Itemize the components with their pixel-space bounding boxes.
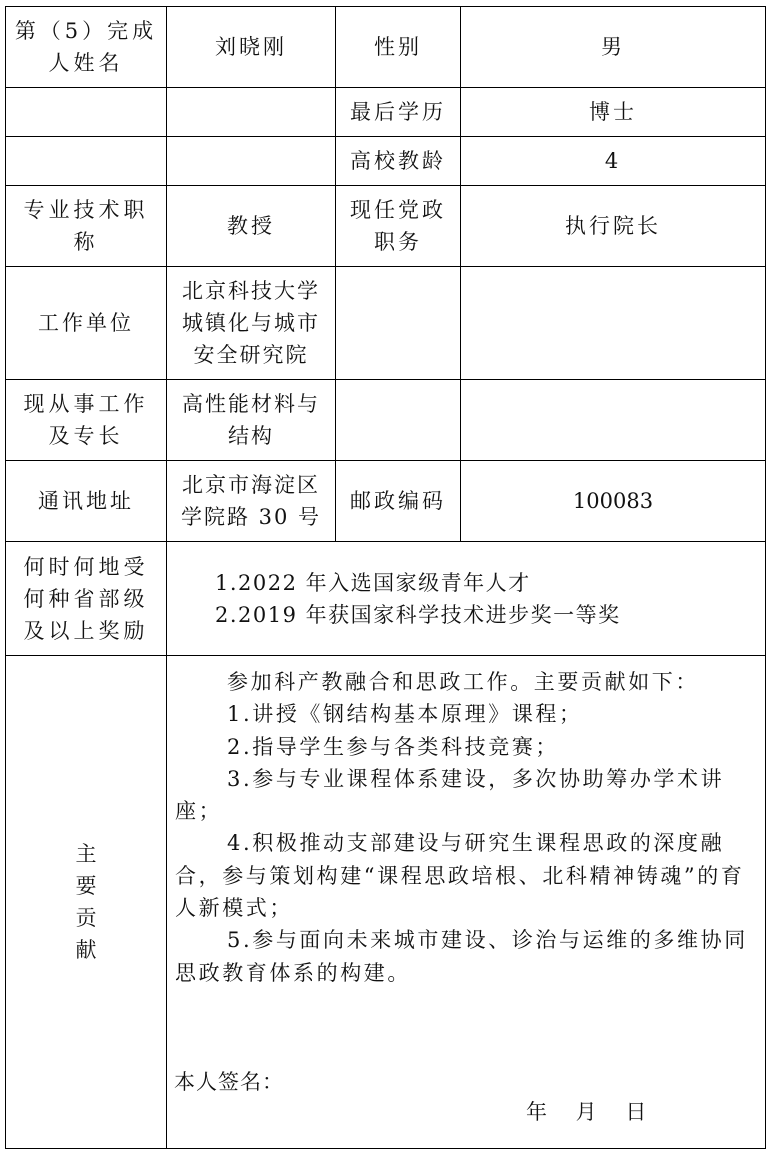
label-line: 职务 bbox=[374, 226, 422, 258]
label-line: 专业技术职 bbox=[24, 194, 149, 226]
empty-cell bbox=[335, 266, 461, 380]
value-line: 高性能材料与 bbox=[182, 388, 320, 420]
label-char: 要 bbox=[76, 870, 97, 902]
specialty-value: 高性能材料与 结构 bbox=[166, 379, 336, 461]
name-value: 刘晓刚 bbox=[166, 6, 336, 88]
education-value: 博士 bbox=[460, 87, 766, 137]
empty-value-cell bbox=[166, 87, 336, 137]
contribution-item: 5.参与面向未来城市建设、诊治与运维的多维协同思政教育体系的构建。 bbox=[175, 924, 751, 989]
label-line: 现从事工作 bbox=[24, 388, 149, 420]
name-label: 第（5）完成 人姓名 bbox=[5, 6, 167, 88]
value-line: 安全研究院 bbox=[194, 339, 309, 371]
value-line: 学院路 30 号 bbox=[181, 501, 321, 533]
label-char: 贡 bbox=[76, 902, 97, 934]
label-line: 何种省部级 bbox=[24, 583, 149, 615]
awards-list: 1.2022 年入选国家级青年人才 2.2019 年获国家科学技术进步奖一等奖 bbox=[166, 541, 766, 656]
label-line: 及以上奖励 bbox=[24, 615, 149, 647]
postcode-label: 邮政编码 bbox=[335, 460, 461, 542]
signature-label: 本人签名： bbox=[174, 1066, 284, 1096]
label-line: 称 bbox=[74, 226, 99, 258]
empty-label-cell bbox=[5, 87, 167, 137]
value-line: 结构 bbox=[228, 420, 274, 452]
address-value: 北京市海淀区 学院路 30 号 bbox=[166, 460, 336, 542]
label-line: 人姓名 bbox=[49, 47, 124, 79]
value-line: 城镇化与城市 bbox=[182, 307, 320, 339]
title-value: 教授 bbox=[166, 185, 336, 267]
contribution-item: 1.讲授《钢结构基本原理》课程； bbox=[175, 698, 751, 730]
specialty-label: 现从事工作 及专长 bbox=[5, 379, 167, 461]
gender-label: 性别 bbox=[335, 6, 461, 88]
empty-label-cell bbox=[5, 136, 167, 186]
contribution-item: 4.积极推动支部建设与研究生课程思政的深度融合，参与策划构建“课程思政培根、北科… bbox=[175, 827, 751, 924]
position-label: 现任党政 职务 bbox=[335, 185, 461, 267]
position-value: 执行院长 bbox=[460, 185, 766, 267]
work-unit-value: 北京科技大学 城镇化与城市 安全研究院 bbox=[166, 266, 336, 380]
label-char: 献 bbox=[76, 934, 97, 966]
address-label: 通讯地址 bbox=[5, 460, 167, 542]
contribution-item: 2.指导学生参与各类科技竞赛； bbox=[175, 731, 751, 763]
empty-cell bbox=[460, 266, 766, 380]
gender-value: 男 bbox=[460, 6, 766, 88]
education-label: 最后学历 bbox=[335, 87, 461, 137]
postcode-value: 100083 bbox=[460, 460, 766, 542]
empty-value-cell bbox=[166, 136, 336, 186]
label-line: 现任党政 bbox=[350, 194, 446, 226]
value-line: 北京市海淀区 bbox=[182, 469, 320, 501]
work-unit-label: 工作单位 bbox=[5, 266, 167, 380]
contributions-intro: 参加科产教融合和思政工作。主要贡献如下： bbox=[175, 666, 751, 698]
label-line: 及专长 bbox=[49, 420, 124, 452]
teaching-years-label: 高校教龄 bbox=[335, 136, 461, 186]
label-line: 第（5）完成 bbox=[15, 15, 157, 47]
label-line: 何时何地受 bbox=[24, 551, 149, 583]
empty-cell bbox=[335, 379, 461, 461]
contributions-label: 主 要 贡 献 bbox=[5, 655, 167, 1149]
award-item: 2.2019 年获国家科学技术进步奖一等奖 bbox=[215, 599, 621, 631]
contribution-item: 3.参与专业课程体系建设，多次协助筹办学术讲座； bbox=[175, 763, 751, 828]
title-label: 专业技术职 称 bbox=[5, 185, 167, 267]
label-char: 主 bbox=[76, 838, 97, 870]
teaching-years-value: 4 bbox=[460, 136, 766, 186]
empty-cell bbox=[460, 379, 766, 461]
award-item: 1.2022 年入选国家级青年人才 bbox=[215, 567, 531, 599]
awards-label: 何时何地受 何种省部级 及以上奖励 bbox=[5, 541, 167, 656]
value-line: 北京科技大学 bbox=[182, 275, 320, 307]
date-label: 年 月 日 bbox=[526, 1096, 646, 1126]
